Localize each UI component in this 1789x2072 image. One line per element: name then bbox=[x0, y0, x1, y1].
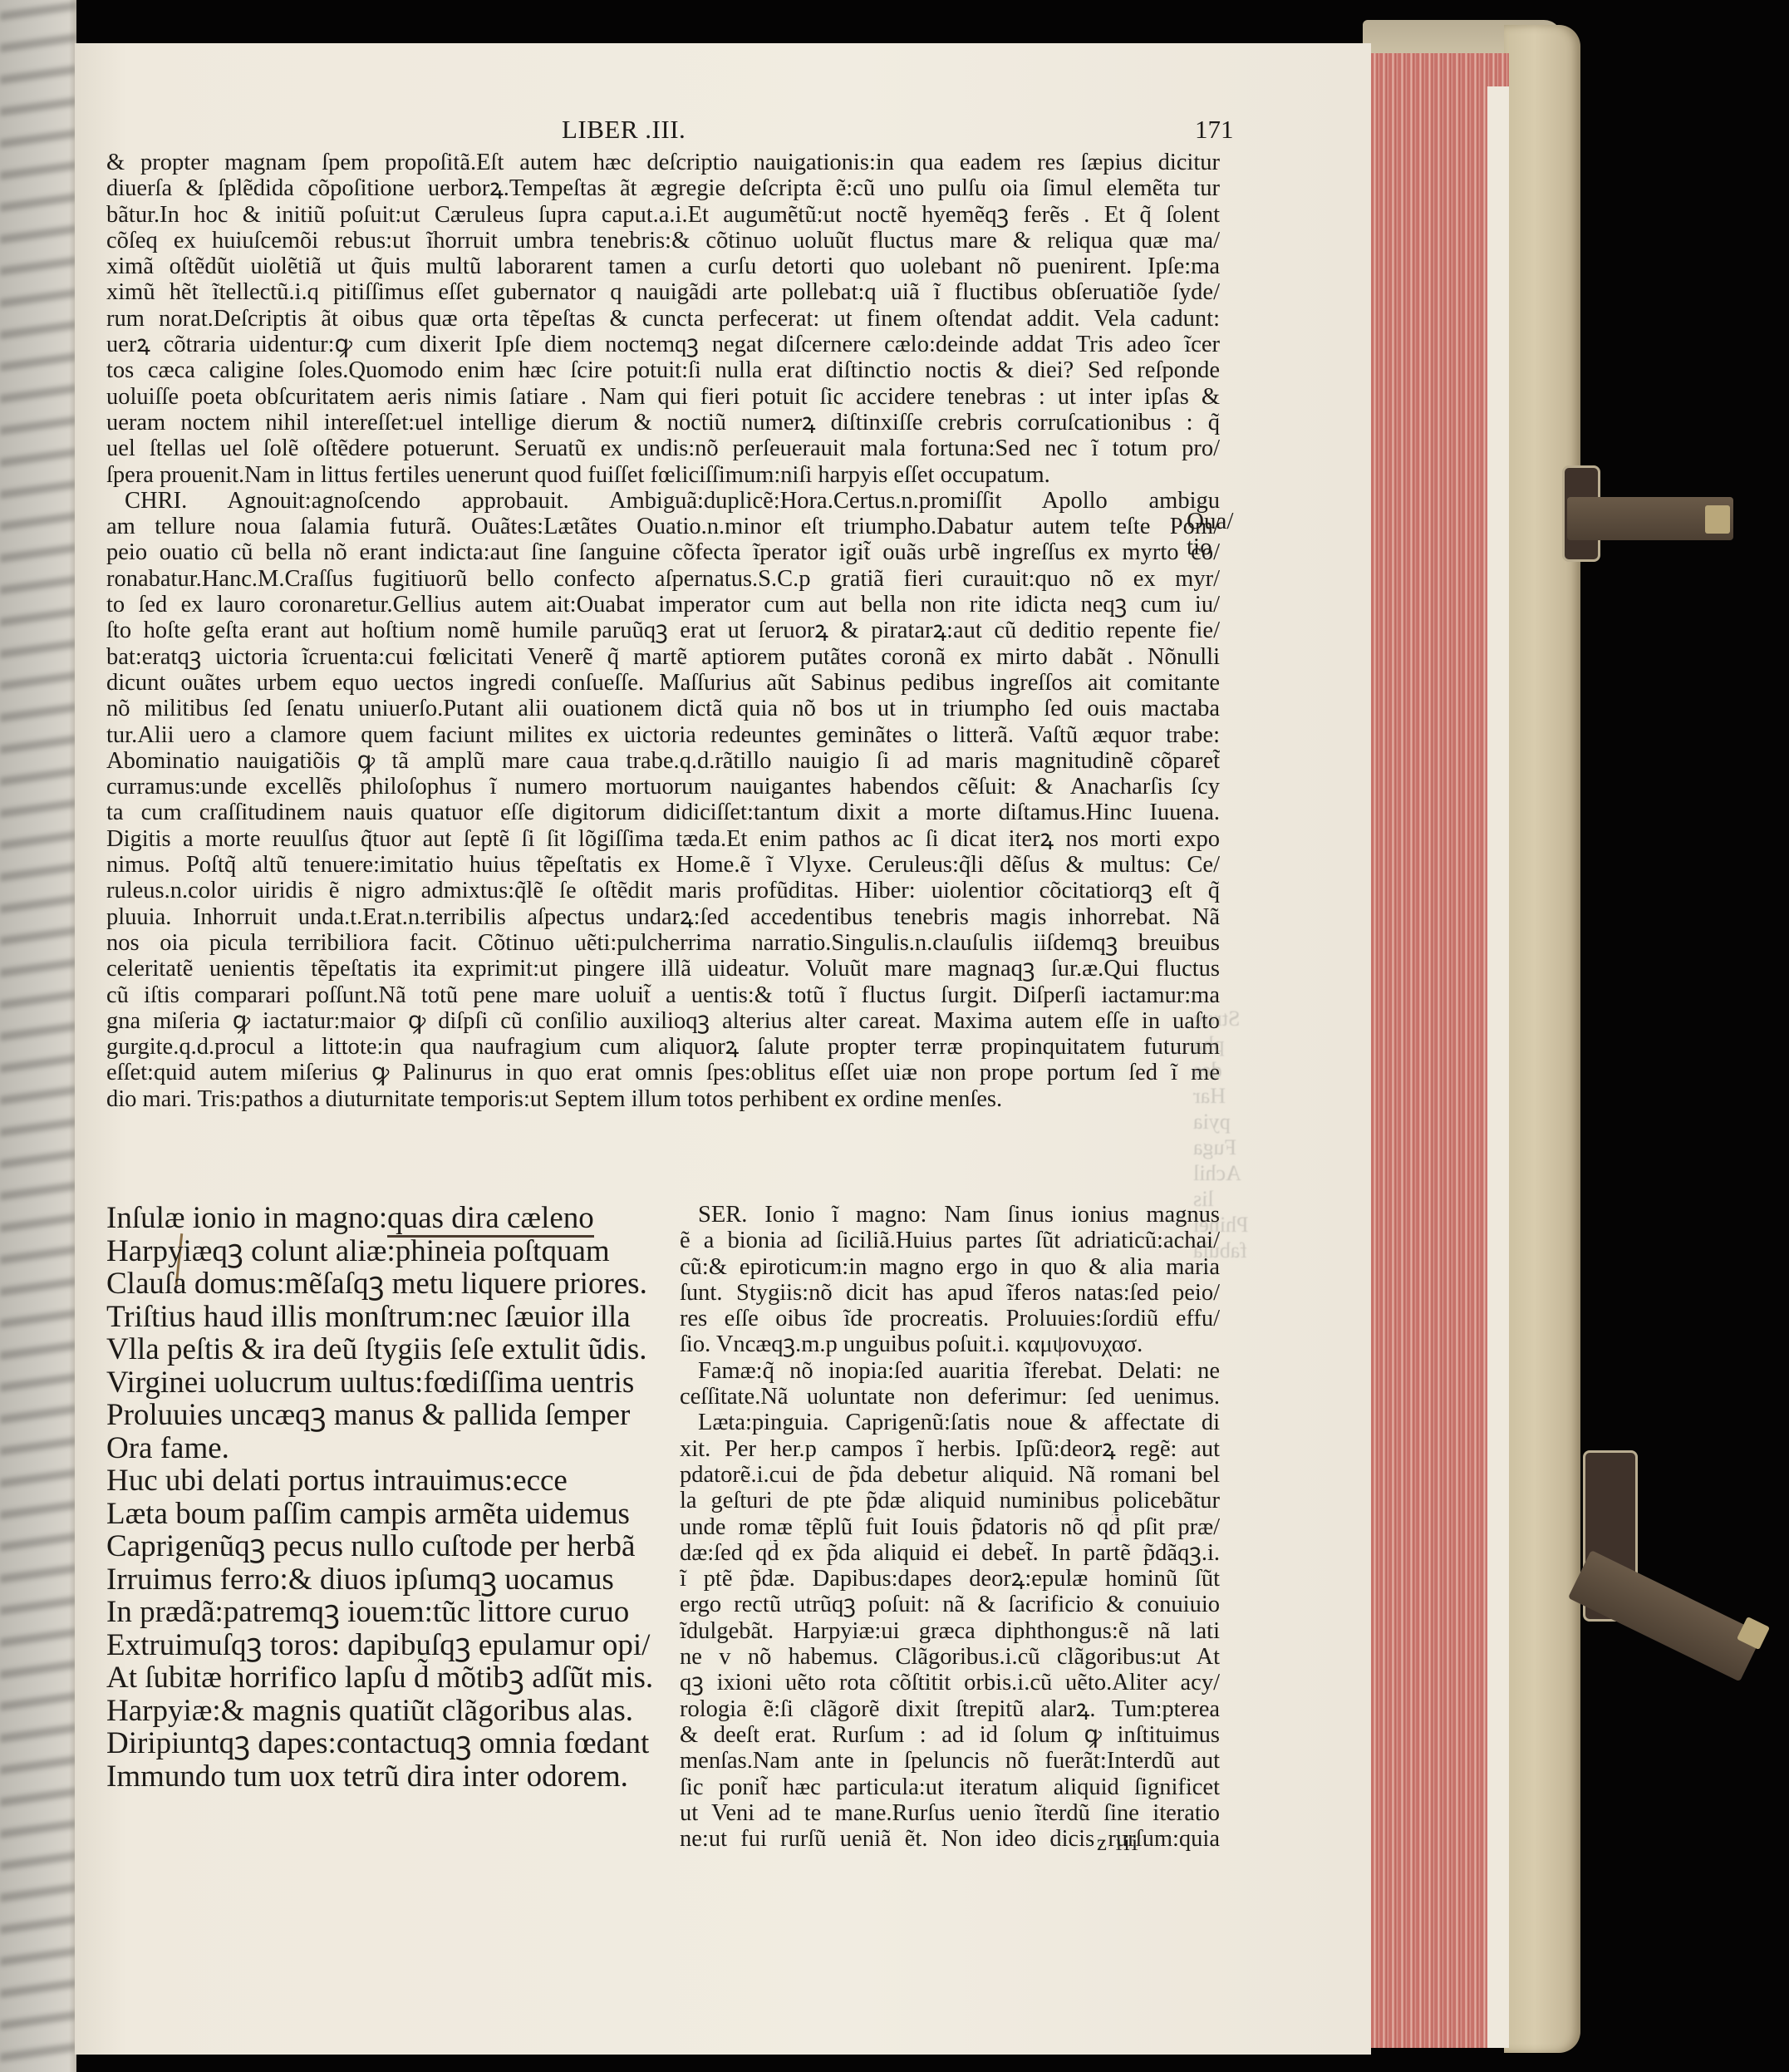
text-line: curramus:unde excellẽs philoſophus ĩ num… bbox=[106, 774, 1220, 800]
facing-page bbox=[0, 0, 76, 2072]
text-line: cũ iſtis comparari poſſunt.Nã totũ pene … bbox=[106, 982, 1220, 1008]
text-line: bat:eratqꝫ uictoria ĩcruenta:cui fœlicit… bbox=[106, 644, 1220, 670]
text-line: pluuia. Inhorruit unda.t.Erat.n.terribil… bbox=[106, 904, 1220, 930]
show-through-line: Achil bbox=[1193, 1160, 1268, 1186]
verse-line: Huc ubi delati portus intrauimus:ecce bbox=[106, 1464, 671, 1498]
show-through-line: Fuga bbox=[1193, 1134, 1268, 1160]
text-line: diuerſa & ſplẽdida cõpoſitione uerborꝝ.T… bbox=[106, 175, 1220, 201]
servius-line: qꝫ ixioni uẽto rota cõſtitit orbis.i.cũ … bbox=[680, 1670, 1220, 1695]
show-through-line: pyia bbox=[1193, 1109, 1268, 1134]
servius-line: Famæ:q̃ nõ inopia:ſed auaritia ĩferebat.… bbox=[680, 1358, 1220, 1384]
text-line: cõſeq ex huiuſcemõi rebus:ut ĩhorruit um… bbox=[106, 228, 1220, 253]
lower-clasp bbox=[1583, 1450, 1782, 1658]
servius-line: ĩ ptẽ p̃dæ. Dapibus:dapes deorꝝ:epulæ ho… bbox=[680, 1566, 1220, 1592]
text-line: ronabatur.Hanc.M.Craſſus fugitiuorũ bell… bbox=[106, 566, 1220, 592]
show-through-line: Strov bbox=[1193, 1006, 1268, 1031]
text-line: nimus. Poſtq̃ altũ tenuere:imitatio huiu… bbox=[106, 852, 1220, 878]
text-line: am tellure noua ſalamia futurã. Ouãtes:L… bbox=[106, 514, 1220, 539]
servius-line: ergo rectũ utrũqꝫ poſuit: nã & ſacrifici… bbox=[680, 1592, 1220, 1617]
servius-line: Læta:pinguia. Caprigenũ:ſatis noue & aff… bbox=[680, 1410, 1220, 1435]
text-line: tur.Alii uero a clamore quem faciunt mil… bbox=[106, 722, 1220, 748]
servius-line: SER. Ionio ĩ magno: Nam ſinus ionius mag… bbox=[680, 1202, 1220, 1228]
marginal-note-line: tio bbox=[1187, 534, 1233, 560]
text-line: dicunt ouãtes urbem equo uectos ingredi … bbox=[106, 670, 1220, 696]
verse-line: Ora fame. bbox=[106, 1432, 671, 1465]
servius-line: unde romæ tẽplũ fuit Iouis p̃datoris nõ … bbox=[680, 1514, 1220, 1540]
text-line: gurgite.q.d.procul a littote:in qua nauf… bbox=[106, 1034, 1220, 1060]
text-line: ta cum craſſitudinem nauis quatuor eſſe … bbox=[106, 800, 1220, 825]
servius-line: pdatorẽ.i.cui de p̃da debetur aliquid. N… bbox=[680, 1462, 1220, 1488]
text-line: Digitis a morte reuulſus q̃tuor aut ſept… bbox=[106, 826, 1220, 852]
facing-page-blurred-text bbox=[0, 0, 76, 2072]
verse-line: Læta boum paſſim campis armẽta uidemus bbox=[106, 1498, 671, 1531]
show-through-line: pha bbox=[1193, 1031, 1268, 1057]
text-line: ſpera prouenit.Nam in littus fertiles ue… bbox=[106, 462, 1220, 488]
text-line: ruleus.n.color uiridis ẽ nigro admixtus:… bbox=[106, 878, 1220, 903]
text-line: ueram noctem nihil intereſſet:uel intell… bbox=[106, 410, 1220, 436]
running-head: LIBER .III. 171 bbox=[75, 115, 1371, 148]
text-line: uoluiſſe poeta obſcuritatem aeris nimis … bbox=[106, 384, 1220, 410]
verse-line: In prædã:patremqꝫ iouem:tũc littore curu… bbox=[106, 1596, 671, 1629]
text-line-chri: CHRI. Agnouit:agnoſcendo approbauit. Amb… bbox=[106, 488, 1220, 514]
verse-block: Inſulæ ionio in magno:quas dira cæleno H… bbox=[106, 1202, 671, 1793]
verse-line: At ſubitæ horrifico lapſu d̃ mõtibꝫ adſũ… bbox=[106, 1661, 671, 1695]
verse-line: Caprigenũqꝫ pecus nullo cuſtode per herb… bbox=[106, 1530, 671, 1563]
text-line: dio mari. Tris:pathos a diuturnitate tem… bbox=[106, 1086, 1220, 1112]
verse-line: Virginei uolucrum uultus:fœdiſſima uentr… bbox=[106, 1366, 671, 1400]
text-line: tos cæca caligine ſoles.Quomodo enim hæc… bbox=[106, 357, 1220, 383]
text-line: gna miſeria ꝙ iactatur:maior ꝙ diſpſi cũ… bbox=[106, 1008, 1220, 1034]
text-line: celeritatẽ uenientis tẽpeſtatis ita expr… bbox=[106, 956, 1220, 982]
binding-cover-board bbox=[1504, 25, 1580, 2053]
verse-line: Diripiuntqꝫ dapes:contactuqꝫ omnia fœdan… bbox=[106, 1727, 671, 1760]
text-line: bãtur.In hoc & initiũ poſuit:ut Cæruleus… bbox=[106, 202, 1220, 228]
text-line: ximũ hẽt ĩtellectũ.i.q pitiſſimus eſſet … bbox=[106, 279, 1220, 305]
servius-line: ẽ a bionia ad ſiciliã.Huius partes ſũt a… bbox=[680, 1228, 1220, 1253]
servius-line: xit. Per her.p campos ĩ herbis. Ipſũ:deo… bbox=[680, 1436, 1220, 1462]
servius-line: ſio. Vncæqꝫ.m.p unguibus poſuit.i. καμψο… bbox=[680, 1331, 1220, 1357]
clasp-brass-tip bbox=[1705, 505, 1730, 534]
servius-line: ut Veni ad te mane.Rurſus uenio ĩterdũ ſ… bbox=[680, 1800, 1220, 1826]
book-page: LIBER .III. 171 & propter magnam ſpem pr… bbox=[75, 43, 1371, 2055]
servius-line: dæ:ſed qd̃ ex p̃da aliquid ei debet̃. In… bbox=[680, 1540, 1220, 1566]
upper-clasp bbox=[1562, 465, 1770, 565]
verse-line: Inſulæ ionio in magno:quas dira cæleno bbox=[106, 1202, 671, 1235]
fore-edge-leaf bbox=[1487, 86, 1509, 2048]
marginal-note: Oua/ tio bbox=[1187, 509, 1233, 560]
verse-line: Immundo tum uox tetrũ dira inter odorem. bbox=[106, 1760, 671, 1794]
commentary-block: & propter magnam ſpem propoſitã.Eſt aute… bbox=[106, 150, 1220, 1112]
servius-line: menſas.Nam ante in ſpeluncis nõ fuerãt:I… bbox=[680, 1748, 1220, 1774]
text-line: nos oia picula terribiliora facit. Cõtin… bbox=[106, 930, 1220, 956]
servius-commentary-column: SER. Ionio ĩ magno: Nam ſinus ionius mag… bbox=[680, 1202, 1220, 1852]
text-line: uerꝝ cõtraria uidentur:ꝙ cum dixerit Ipſ… bbox=[106, 332, 1220, 357]
show-through-line: des bbox=[1193, 1057, 1268, 1083]
text-line: peio ouatio cũ bella nõ erant indicta:au… bbox=[106, 539, 1220, 565]
underlined-verse-text: quas dira cæleno bbox=[387, 1201, 594, 1238]
servius-line: ĩdulgebãt. Harpyiæ:ui græca diphthongus:… bbox=[680, 1618, 1220, 1644]
text-line: & propter magnam ſpem propoſitã.Eſt aute… bbox=[106, 150, 1220, 175]
text-line: eſſet:quid autem miſerius ꝙ Palinurus in… bbox=[106, 1060, 1220, 1085]
verse-line: Proluuies uncæqꝫ manus & pallida ſemper bbox=[106, 1399, 671, 1432]
servius-line: cũ:& epiroticum:in magno ergo in quo & a… bbox=[680, 1254, 1220, 1280]
servius-line: rologia ẽ:ſi clãgorẽ dixit ſtrepitũ alar… bbox=[680, 1696, 1220, 1722]
text-line: Abominatio nauigatiõis ꝙ tã amplũ mare c… bbox=[106, 748, 1220, 774]
red-stained-page-edges bbox=[1369, 53, 1509, 2048]
text-line: ximã oſtẽdũt uiolẽtiã ut q̃uis multũ lab… bbox=[106, 253, 1220, 279]
verse-line: Triſtius haud illis monſtrum:nec ſæuior … bbox=[106, 1301, 671, 1334]
marginal-note-line: Oua/ bbox=[1187, 509, 1233, 534]
text-line: nõ militibus ſed ſenatu uniuerſo.Putant … bbox=[106, 696, 1220, 721]
text-line: to ſed ex lauro coronaretur.Gellius aute… bbox=[106, 592, 1220, 618]
servius-line: ne v nõ habemus. Clãgoribus.i.cũ clãgori… bbox=[680, 1644, 1220, 1670]
servius-line: ſic ponit̃ hæc particula:ut iteratum ali… bbox=[680, 1774, 1220, 1800]
show-through-line: Har bbox=[1193, 1083, 1268, 1109]
verse-line: Clauſa domus:mẽſaſqꝫ metu liquere priore… bbox=[106, 1267, 671, 1301]
folio-number: 171 bbox=[1195, 115, 1234, 145]
servius-line: res eſſe oibus ĩde procreatis. Proluuies… bbox=[680, 1306, 1220, 1331]
servius-line: ſunt. Stygiis:nõ dicit has apud ĩferos n… bbox=[680, 1280, 1220, 1306]
servius-line: la geſturi de pte p̃dæ aliquid numinibus… bbox=[680, 1488, 1220, 1513]
signature-mark: z iii bbox=[1097, 1830, 1139, 1856]
servius-line: ceſſitate.Nã uoluntate non deferimur: ſe… bbox=[680, 1384, 1220, 1410]
book-title: LIBER .III. bbox=[562, 115, 686, 145]
text-line: rum norat.Deſcriptis ãt oibus quæ orta t… bbox=[106, 306, 1220, 332]
verse-line: Extruimuſqꝫ toros: dapibuſqꝫ epulamur op… bbox=[106, 1629, 671, 1662]
verse-line: Vlla peſtis & ira deũ ſtygiis ſeſe extul… bbox=[106, 1333, 671, 1366]
verse-line: Harpyiæ:& magnis quatiũt clãgoribus alas… bbox=[106, 1695, 671, 1728]
verse-line: Irruimus ferro:& diuos ipſumqꝫ uocamus bbox=[106, 1563, 671, 1597]
text-line: ſto hoſte geſta erant aut hoſtium nomẽ h… bbox=[106, 618, 1220, 643]
servius-line: & deeſt erat. Rurſum : ad id ſolum ꝙ inſ… bbox=[680, 1722, 1220, 1748]
verse-text: Inſulæ ionio in magno: bbox=[106, 1201, 387, 1235]
text-line: uel ſtellas uel ſolẽ oſtẽdere potuerunt.… bbox=[106, 436, 1220, 461]
verse-line: Harpyiæqꝫ colunt aliæ:phineia poſtquam bbox=[106, 1235, 671, 1268]
